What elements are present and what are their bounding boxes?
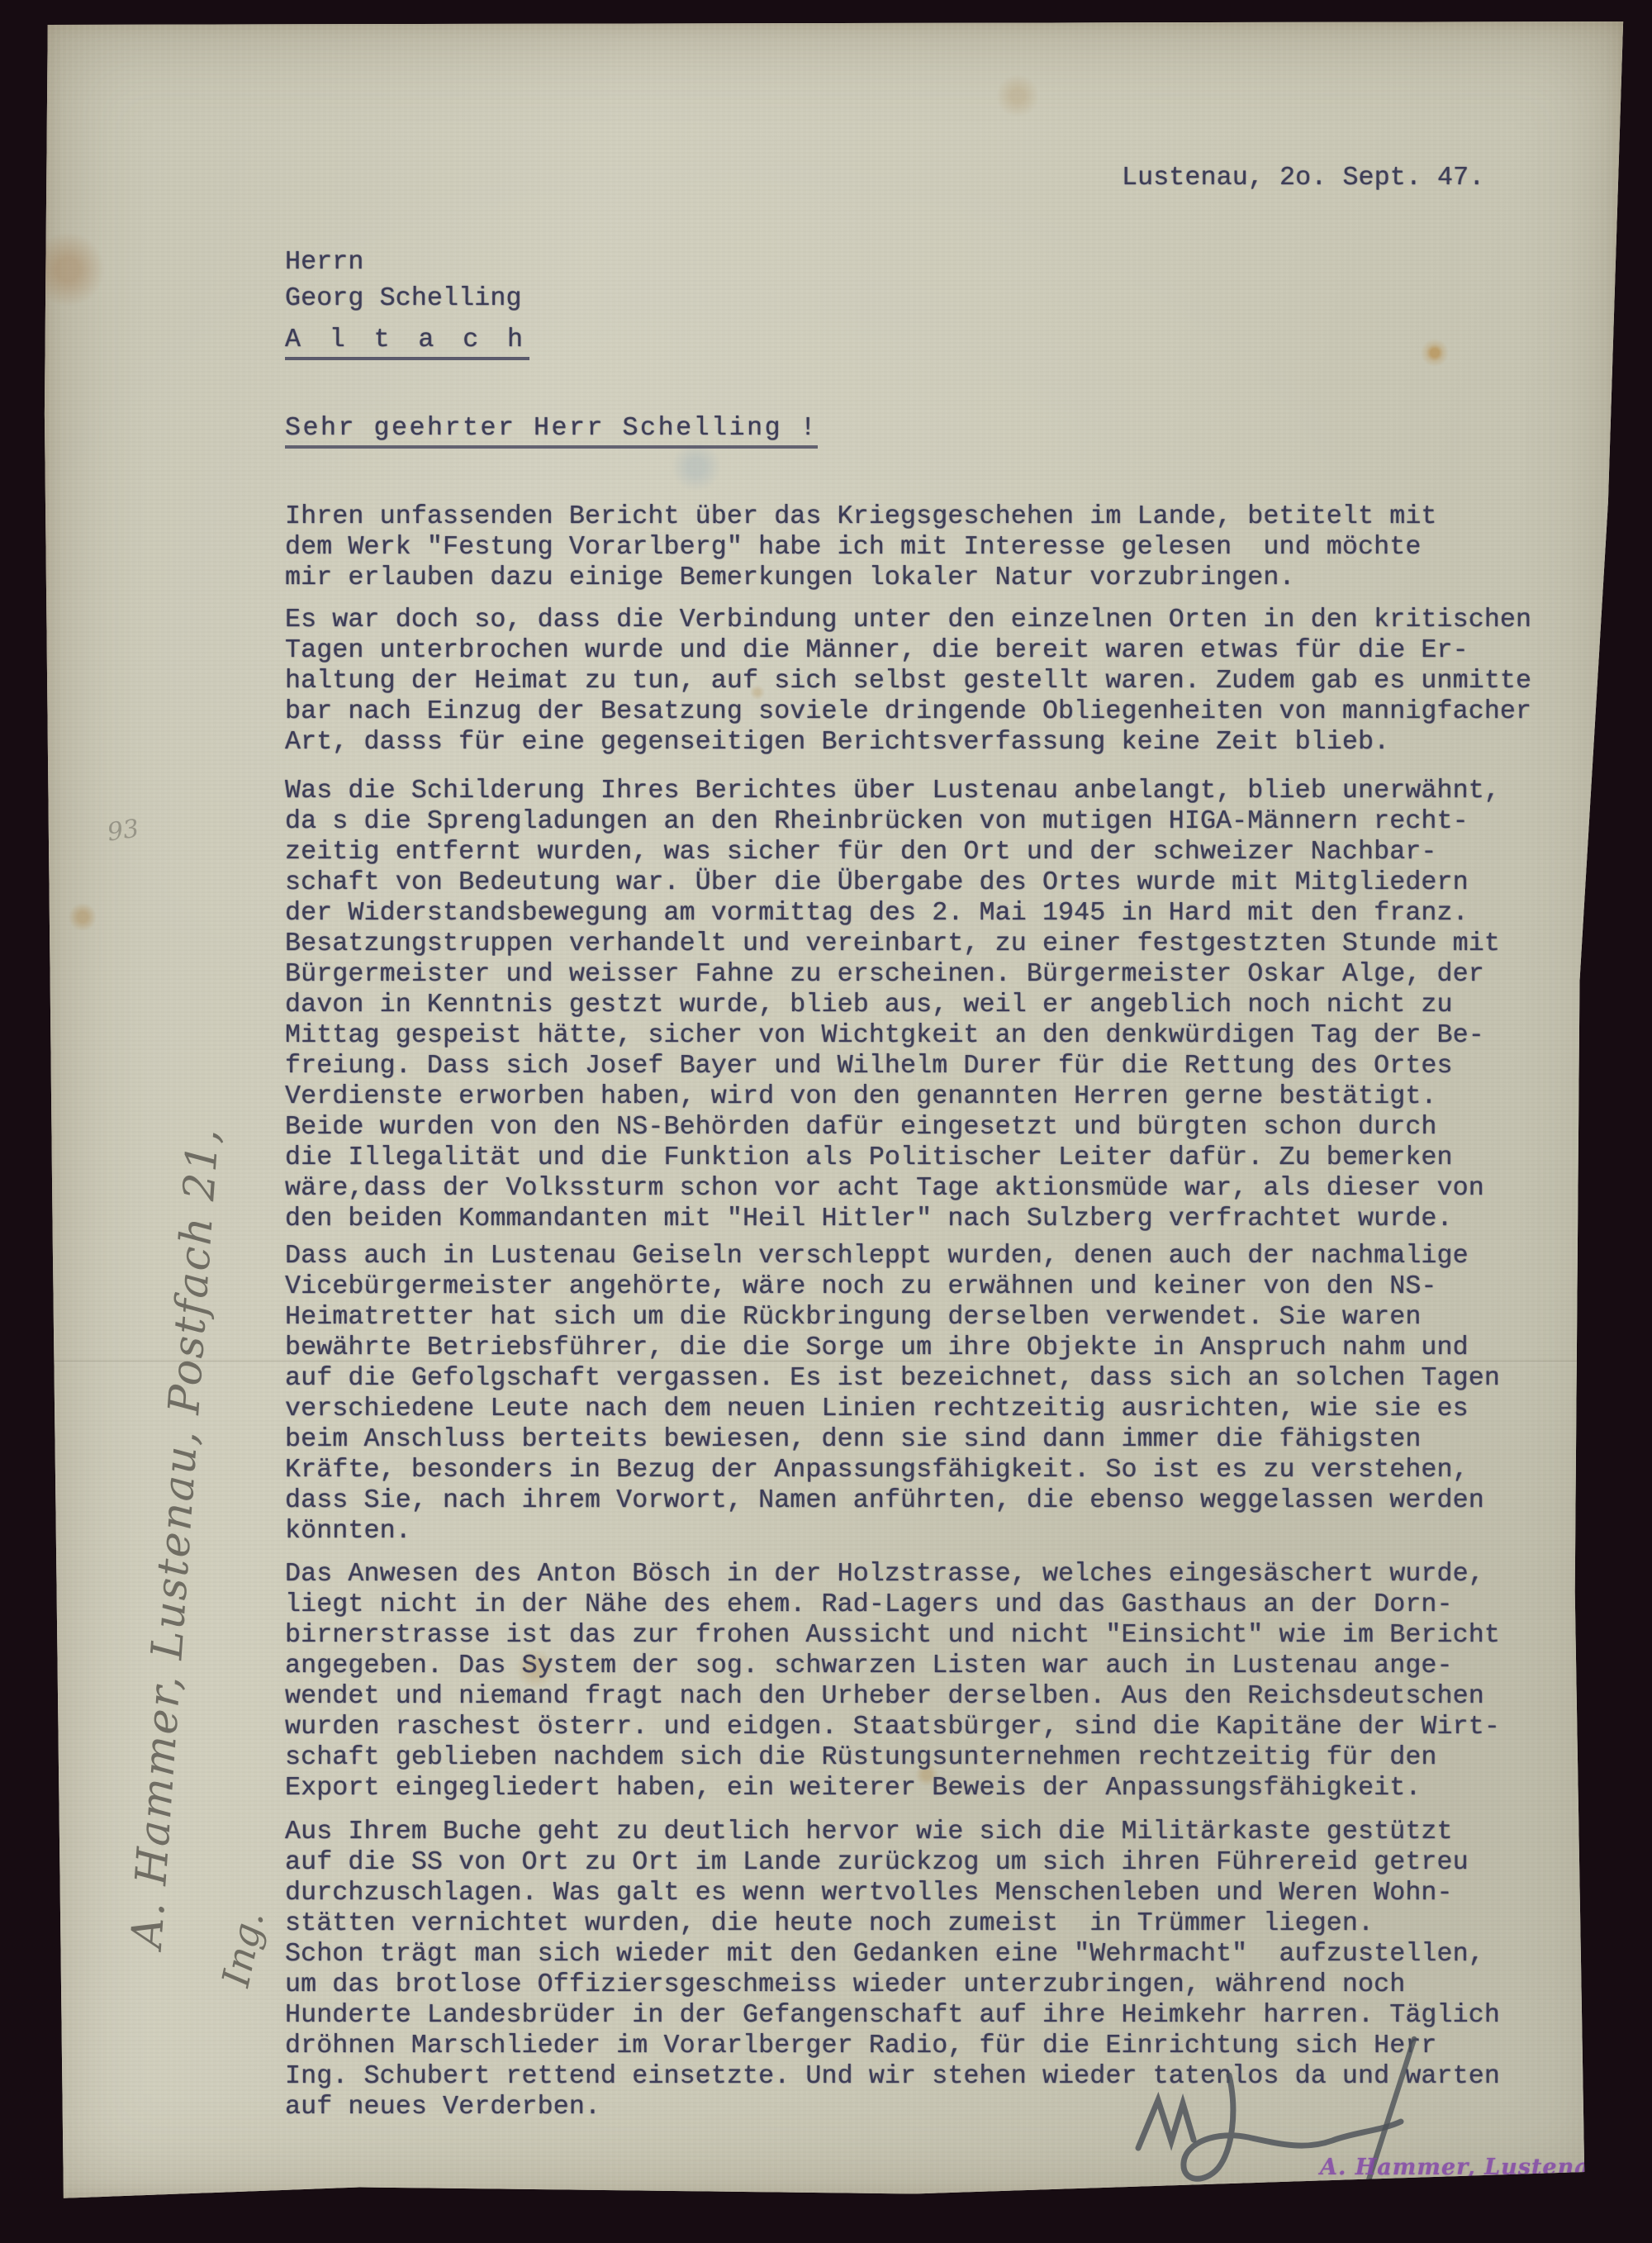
date-line: Lustenau, 2o. Sept. 47.	[1122, 163, 1484, 193]
recipient-name: Georg Schelling	[285, 281, 522, 317]
paragraph-4: Dass auch in Lustenau Geiseln verschlepp…	[285, 1241, 1500, 1547]
paragraph-6: Aus Ihrem Buche geht zu deutlich hervor …	[285, 1817, 1500, 2122]
paragraph-3: Was die Schilderung Ihres Berichtes über…	[285, 776, 1500, 1234]
paragraph-1: Ihren unfassenden Bericht über das Krieg…	[285, 501, 1437, 593]
margin-note-title: Ing.	[213, 1907, 273, 1990]
paragraph-5: Das Anwesen des Anton Bösch in der Holzs…	[285, 1559, 1500, 1803]
pencil-mark-number: 93	[106, 815, 141, 848]
salutation: Sehr geehrter Herr Schelling !	[285, 413, 818, 444]
recipient-title: Herrn	[285, 245, 522, 281]
recipient-block: HerrnGeorg Schelling	[285, 245, 522, 317]
margin-note-address: A. Hammer, Lustenau, Postfach 21,	[122, 1126, 229, 1951]
recipient-city-text: A l t a c h	[285, 326, 529, 360]
paragraph-2: Es war doch so, dass die Verbindung unte…	[285, 605, 1531, 758]
letter-paper: Lustenau, 2o. Sept. 47. HerrnGeorg Schel…	[43, 21, 1626, 2203]
salutation-text: Sehr geehrter Herr Schelling !	[285, 414, 818, 449]
recipient-city: A l t a c h	[285, 325, 529, 355]
sender-stamp: A. Hammer, Lustenau	[1320, 2155, 1607, 2180]
scanned-letter-page: Lustenau, 2o. Sept. 47. HerrnGeorg Schel…	[0, 0, 1652, 2243]
